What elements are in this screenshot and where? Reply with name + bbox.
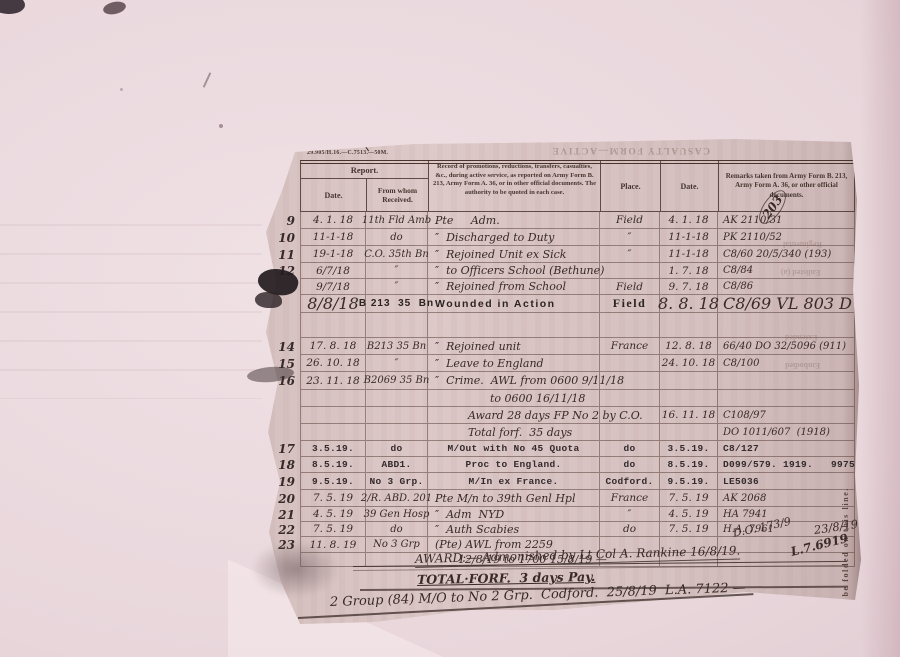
table-row: Total forf. 35 daysDO 1011/607 (1918) bbox=[255, 424, 855, 441]
cell-record: ″ Discharged to Duty bbox=[428, 229, 600, 246]
cell-place bbox=[600, 424, 660, 441]
cell-place: do bbox=[600, 522, 660, 537]
cell-date: 7. 5. 19 bbox=[300, 490, 366, 507]
cell-from bbox=[366, 313, 428, 338]
table-body: 94. 1. 1811th Fld AmbPte Adm.Field4. 1. … bbox=[255, 212, 855, 567]
cell-date2: 4. 1. 18 bbox=[660, 212, 718, 229]
cell-from bbox=[366, 424, 428, 441]
row-number: 20 bbox=[255, 490, 300, 507]
bleed-through-word: Regimental bbox=[783, 240, 822, 249]
cell-remarks bbox=[718, 372, 855, 390]
cell-record: ″ Leave to England bbox=[428, 355, 600, 372]
cell-from: do bbox=[366, 522, 428, 537]
cell-record: Pte Adm. bbox=[428, 212, 600, 229]
cell-place bbox=[600, 390, 660, 407]
cell-record: ″ to Officers School (Bethune) bbox=[428, 263, 600, 279]
header-record: Record of promotions, reductions, transf… bbox=[429, 161, 601, 211]
row-number bbox=[255, 407, 300, 424]
cell-date2: 9.5.19. bbox=[660, 473, 718, 490]
cell-place: do bbox=[600, 441, 660, 457]
cell-remarks: D099/579. 1919. 9975/1/10 bbox=[718, 457, 855, 473]
cell-date2: 12. 8. 18 bbox=[660, 338, 718, 355]
header-report-subcolumns: Date. From whom Received. bbox=[301, 179, 428, 211]
table-row: to 0600 16/11/18 bbox=[255, 390, 855, 407]
cell-record: to 0600 16/11/18 bbox=[428, 390, 600, 407]
scan-edge-blot bbox=[102, 0, 127, 16]
cell-date2: 1. 7. 18 bbox=[660, 263, 718, 279]
cell-record: Total forf. 35 days bbox=[428, 424, 600, 441]
row-number bbox=[255, 424, 300, 441]
cell-record: ″ Auth Scabies bbox=[428, 522, 600, 537]
cell-from bbox=[366, 390, 428, 407]
cell-date2: 9. 7. 18 bbox=[660, 279, 718, 295]
cell-from: B213 35 Bn bbox=[366, 338, 428, 355]
cell-date2: 7. 5. 19 bbox=[660, 522, 718, 537]
cell-place bbox=[600, 313, 660, 338]
table-row: 126/7/18″″ to Officers School (Bethune)1… bbox=[255, 263, 855, 279]
cell-date2: 8. 8. 18 bbox=[660, 295, 718, 313]
header-report-label: Report. bbox=[301, 161, 428, 179]
cell-from: do bbox=[366, 229, 428, 246]
bleed-through-lines bbox=[0, 224, 262, 399]
cell-remarks: AK 2068 bbox=[718, 490, 855, 507]
cell-remarks: DO 1011/607 (1918) bbox=[718, 424, 855, 441]
cell-place bbox=[600, 372, 660, 390]
cell-record: ″ Adm NYD bbox=[428, 507, 600, 522]
cell-date: 17. 8. 18 bbox=[300, 338, 366, 355]
table-row: 1417. 8. 18B213 35 Bn″ Rejoined unitFran… bbox=[255, 338, 855, 355]
dust-speck bbox=[120, 88, 123, 91]
cell-remarks: AK 2110/31 bbox=[718, 212, 855, 229]
table-row: 1623. 11. 18B2069 35 Bn″ Crime. AWL from… bbox=[255, 372, 855, 390]
cell-from: C.O. 35th Bn bbox=[366, 246, 428, 263]
cell-date2: 4. 5. 19 bbox=[660, 507, 718, 522]
header-date2: Date. bbox=[661, 161, 719, 211]
cell-date bbox=[300, 407, 366, 424]
cell-from: ″ bbox=[366, 355, 428, 372]
cell-date: 9.5.19. bbox=[300, 473, 366, 490]
cell-record: Pte M/n to 39th Genl Hpl bbox=[428, 490, 600, 507]
cell-from: 11th Fld Amb bbox=[366, 212, 428, 229]
table-row: 1526. 10. 18″″ Leave to England24. 10. 1… bbox=[255, 355, 855, 372]
cell-from: B2069 35 Bn bbox=[366, 372, 428, 390]
cell-date: 3.5.19. bbox=[300, 441, 366, 457]
bleed-through-word: Enlisted (a) bbox=[781, 268, 820, 277]
bleed-through-stamp: CASUALTY FORM—ACTIVE bbox=[543, 145, 718, 155]
cell-record: Proc to England. bbox=[428, 457, 600, 473]
table-row bbox=[255, 313, 855, 338]
table-row-stamped: 8/8/18B 213 35 BnWounded in ActionField8… bbox=[255, 295, 855, 313]
cell-from: do bbox=[366, 441, 428, 457]
row-number: 19 bbox=[255, 473, 300, 490]
cell-date: 4. 1. 18 bbox=[300, 212, 366, 229]
cell-date: 19-1-18 bbox=[300, 246, 366, 263]
row-number: 17 bbox=[255, 441, 300, 457]
cell-remarks: C8/69 VL 803 D O 34/5108 (191) bbox=[718, 295, 855, 313]
cell-date bbox=[300, 313, 366, 338]
form-reference-number: 29.905/H.16.—C.7513.—50M. bbox=[307, 150, 388, 156]
scanned-document-scene: 29.905/H.16.—C.7513.—50M. CASUALTY FORM—… bbox=[0, 0, 900, 657]
cell-date: 11-1-18 bbox=[300, 229, 366, 246]
smudge-mark bbox=[250, 540, 340, 598]
cell-from: B 213 35 Bn bbox=[366, 295, 428, 313]
cell-date: 23. 11. 18 bbox=[300, 372, 366, 390]
cell-date: 8/8/18 bbox=[300, 295, 366, 313]
cell-place bbox=[600, 407, 660, 424]
table-row-typed: 199.5.19.No 3 Grp.M/In ex France.Codford… bbox=[255, 473, 855, 490]
cell-place bbox=[600, 355, 660, 372]
table-row: 1011-1-18do″ Discharged to Duty″11-1-18P… bbox=[255, 229, 855, 246]
cell-from: ″ bbox=[366, 279, 428, 295]
cell-from: 39 Gen Hosp bbox=[366, 507, 428, 522]
cell-record: ″ Rejoined from School bbox=[428, 279, 600, 295]
row-number: 21 bbox=[255, 507, 300, 522]
cell-date: 4. 5. 19 bbox=[300, 507, 366, 522]
cell-record: ″ Rejoined Unit ex Sick bbox=[428, 246, 600, 263]
cell-date2: 11-1-18 bbox=[660, 246, 718, 263]
ink-blot bbox=[255, 292, 282, 308]
cell-place: France bbox=[600, 490, 660, 507]
cell-date bbox=[300, 390, 366, 407]
cell-place: Field bbox=[600, 212, 660, 229]
cell-date2 bbox=[660, 424, 718, 441]
cell-record bbox=[428, 313, 600, 338]
cell-from: ″ bbox=[366, 263, 428, 279]
cell-remarks: C8/86 bbox=[718, 279, 855, 295]
cell-remarks bbox=[718, 390, 855, 407]
scan-shadow-band bbox=[860, 0, 900, 657]
table-row: 1119-1-18C.O. 35th Bn″ Rejoined Unit ex … bbox=[255, 246, 855, 263]
cell-place: ″ bbox=[600, 229, 660, 246]
cell-from: No 3 Grp. bbox=[366, 473, 428, 490]
cell-date2 bbox=[660, 390, 718, 407]
table-row: 9/7/18″″ Rejoined from SchoolField9. 7. … bbox=[255, 279, 855, 295]
cell-place: ″ bbox=[600, 507, 660, 522]
header-remarks: Remarks taken from Army Form B. 213, Arm… bbox=[719, 161, 854, 211]
cell-record: M/In ex France. bbox=[428, 473, 600, 490]
cell-remarks: LE5036 bbox=[718, 473, 855, 490]
cell-remarks: C8/127 bbox=[718, 441, 855, 457]
cell-place: Codford. bbox=[600, 473, 660, 490]
cell-date2: 24. 10. 18 bbox=[660, 355, 718, 372]
row-number: 22 bbox=[255, 522, 300, 537]
cell-date2 bbox=[660, 372, 718, 390]
total-forfeit-annotation: TOTAL·FORF. 3 days Pay. bbox=[417, 569, 596, 587]
cell-record: Award 28 days FP No 2 by C.O. bbox=[428, 407, 600, 424]
row-number: 18 bbox=[255, 457, 300, 473]
cell-date2: 16. 11. 18 bbox=[660, 407, 718, 424]
cell-place: France bbox=[600, 338, 660, 355]
cell-place: do bbox=[600, 457, 660, 473]
cell-record: ″ Rejoined unit bbox=[428, 338, 600, 355]
bleed-through-word: Embodied bbox=[785, 361, 820, 370]
header-place: Place. bbox=[601, 161, 661, 211]
pencil-mark bbox=[203, 72, 212, 87]
cell-date: 26. 10. 18 bbox=[300, 355, 366, 372]
cell-place: Field bbox=[600, 295, 660, 313]
cell-place: ″ bbox=[600, 246, 660, 263]
cell-record: Wounded in Action bbox=[428, 295, 600, 313]
header-report-group: Report. Date. From whom Received. bbox=[301, 161, 429, 211]
bleed-through-word: Extended bbox=[785, 333, 817, 342]
table-row: 207. 5. 192/R. ABD. 201Pte M/n to 39th G… bbox=[255, 490, 855, 507]
header-date: Date. bbox=[301, 179, 367, 211]
cell-from bbox=[366, 407, 428, 424]
table-row: Award 28 days FP No 2 by C.O.16. 11. 18C… bbox=[255, 407, 855, 424]
cell-date2: 11-1-18 bbox=[660, 229, 718, 246]
cell-place bbox=[600, 263, 660, 279]
cell-date2: 8.5.19. bbox=[660, 457, 718, 473]
cell-date bbox=[300, 424, 366, 441]
scan-edge-blot bbox=[0, 0, 25, 14]
table-row-typed: 173.5.19.doM/Out with No 45 Quotado3.5.1… bbox=[255, 441, 855, 457]
cell-date: 9/7/18 bbox=[300, 279, 366, 295]
cell-date2 bbox=[660, 313, 718, 338]
cell-date: 7. 5. 19 bbox=[300, 522, 366, 537]
cell-date: 6/7/18 bbox=[300, 263, 366, 279]
cell-date2: 3.5.19. bbox=[660, 441, 718, 457]
table-row-typed: 188.5.19.ABD1.Proc to England.do8.5.19.D… bbox=[255, 457, 855, 473]
cell-record: M/Out with No 45 Quota bbox=[428, 441, 600, 457]
dust-speck bbox=[219, 124, 223, 128]
cell-from: No 3 Grp bbox=[366, 537, 428, 553]
cell-record: ″ Crime. AWL from 0600 9/11/18 bbox=[428, 372, 600, 390]
header-from-whom: From whom Received. bbox=[367, 179, 428, 211]
cell-remarks: C108/97 bbox=[718, 407, 855, 424]
cell-place: Field bbox=[600, 279, 660, 295]
cell-from: ABD1. bbox=[366, 457, 428, 473]
cell-from: 2/R. ABD. 201 bbox=[366, 490, 428, 507]
cell-date: 8.5.19. bbox=[300, 457, 366, 473]
cell-date2: 7. 5. 19 bbox=[660, 490, 718, 507]
